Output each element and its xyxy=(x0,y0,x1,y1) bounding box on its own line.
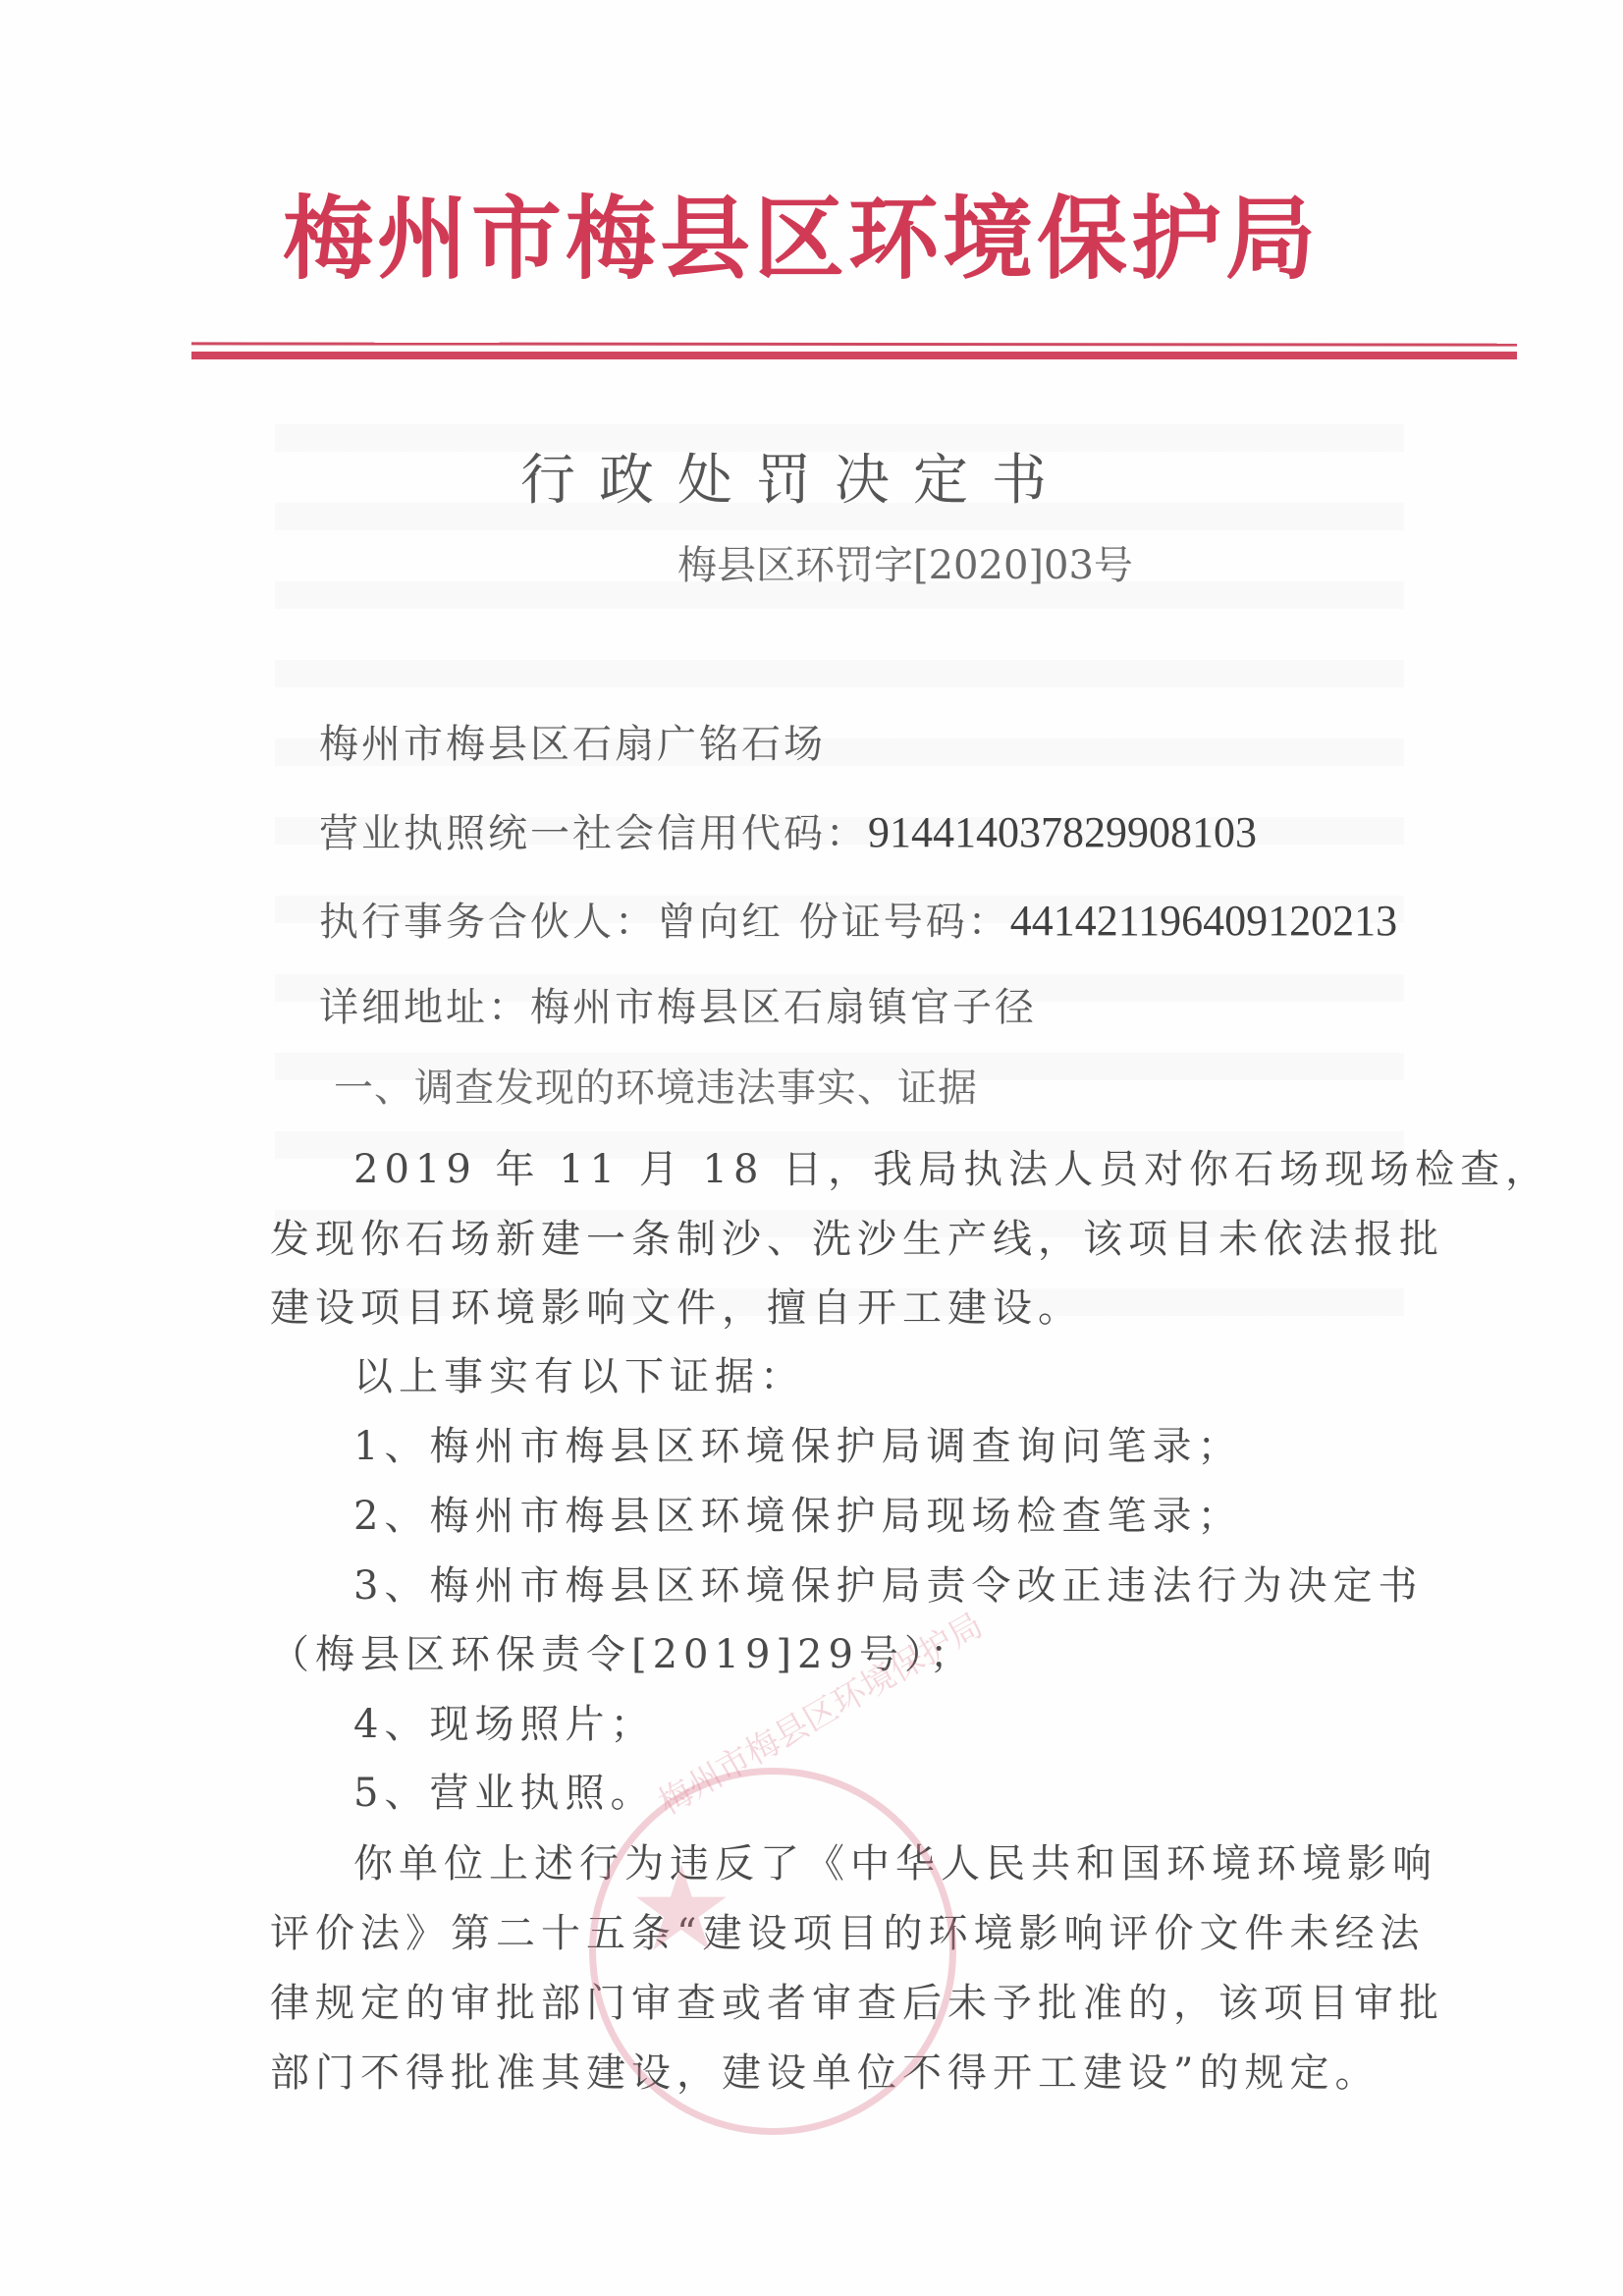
document-title: 行政处罚决定书 xyxy=(520,447,1070,516)
facts-line: 发现你石场新建一条制沙、洗沙生产线，该项目未依法报批 xyxy=(270,1214,1444,1265)
section-heading: 一、调查发现的环境违法事实、证据 xyxy=(334,1063,978,1114)
document-number: 梅县区环罚字[2020]03号 xyxy=(677,540,1133,591)
evidence-intro: 以上事实有以下证据： xyxy=(353,1351,805,1402)
violation-line: 你单位上述行为违反了《中华人民共和国环境环境影响 xyxy=(353,1838,1437,1889)
letterhead-rule-thin xyxy=(191,342,1517,346)
evidence-item: （梅县区环保责令[2019]29号）； xyxy=(270,1629,975,1680)
facts-line: 建设项目环境影响文件，擅自开工建设。 xyxy=(270,1283,1083,1334)
evidence-item: 3、梅州市梅县区环境保护局责令改正违法行为决定书 xyxy=(353,1560,1423,1612)
evidence-item: 2、梅州市梅县区环境保护局现场检查笔录； xyxy=(353,1491,1242,1542)
letterhead-rule-thick xyxy=(191,352,1517,359)
id-label: 份证号码： xyxy=(799,900,1010,945)
violation-line: 评价法》第二十五条“建设项目的环境影响评价文件未经法 xyxy=(270,1908,1425,1959)
letterhead-title: 梅州市梅县区环境保护局 xyxy=(283,185,1422,293)
credit-code-value: 914414037829908103 xyxy=(868,808,1257,856)
address-label: 详细地址： xyxy=(319,985,530,1030)
credit-code-row: 营业执照统一社会信用代码：914414037829908103 xyxy=(319,807,1257,859)
violation-line: 律规定的审批部门审查或者审查后未予批准的，该项目审批 xyxy=(270,1978,1444,2029)
bleed-through-texture xyxy=(275,373,1404,1355)
party-name: 梅州市梅县区石扇广铭石场 xyxy=(319,719,826,770)
evidence-item: 4、现场照片； xyxy=(353,1699,655,1750)
document-page: 梅州市梅县区环境保护局 行政处罚决定书 梅县区环罚字[2020]03号 梅州市梅… xyxy=(0,0,1623,2296)
credit-code-label: 营业执照统一社会信用代码： xyxy=(319,811,868,856)
evidence-item: 1、梅州市梅县区环境保护局调查询问笔录； xyxy=(353,1421,1242,1472)
id-number: 441421196409120213 xyxy=(1010,897,1397,945)
violation-line: 部门不得批准其建设，建设单位不得开工建设”的规定。 xyxy=(270,2048,1380,2099)
partner-label: 执行事务合伙人： xyxy=(319,900,657,945)
partner-row: 执行事务合伙人：曾向红 份证号码：441421196409120213 xyxy=(319,896,1397,948)
partner-name: 曾向红 xyxy=(657,900,784,945)
address-row: 详细地址：梅州市梅县区石扇镇官子径 xyxy=(319,982,1037,1033)
facts-line: 2019 年 11 月 18 日，我局执法人员对你石场现场检查， xyxy=(353,1144,1550,1195)
evidence-item: 5、营业执照。 xyxy=(353,1768,655,1819)
address-value: 梅州市梅县区石扇镇官子径 xyxy=(530,985,1037,1030)
